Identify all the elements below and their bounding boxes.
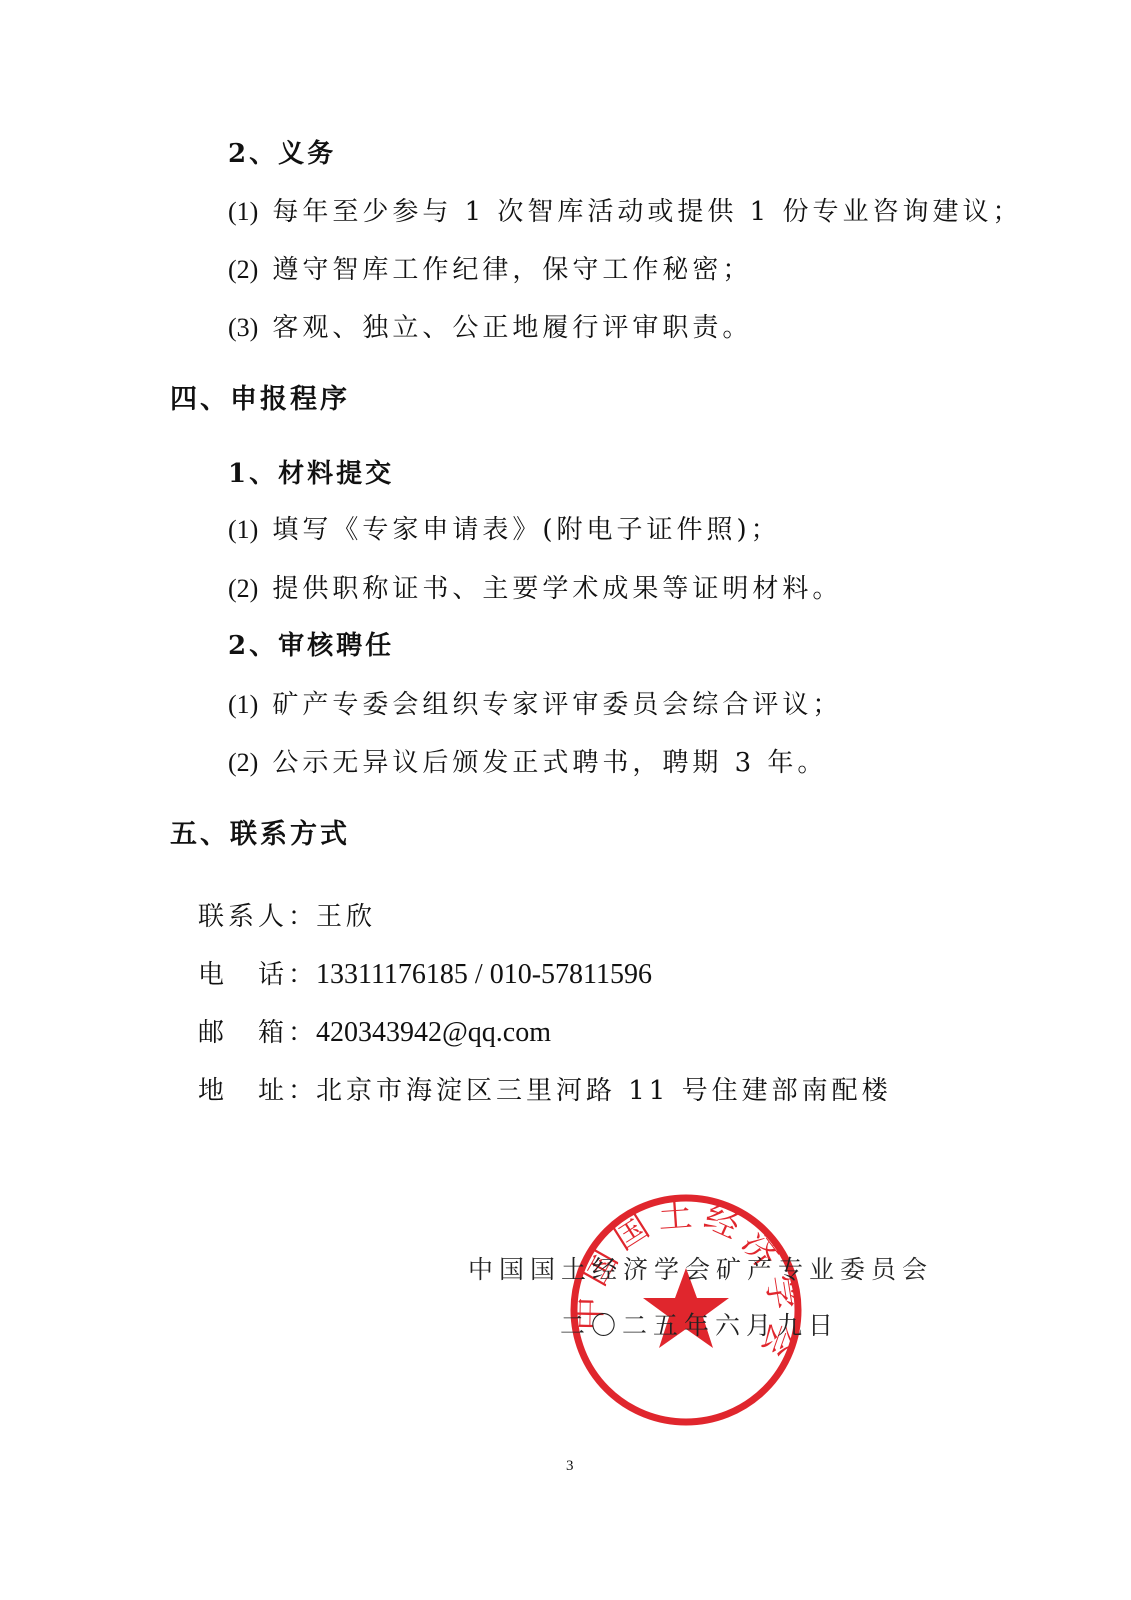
review-item: (1)矿产专委会组织专家评审委员会综合评议；	[228, 689, 842, 721]
contact-address: 地 址：北京市海淀区三里河路 11 号住建部南配楼	[198, 1075, 892, 1107]
signing-date: 二〇二五年六月九日	[560, 1306, 839, 1342]
obligation-item: (3)客观、独立、公正地履行评审职责。	[228, 312, 752, 344]
obligation-item: (2)遵守智库工作纪律，保守工作秘密；	[228, 254, 752, 286]
section4-heading: 四、申报程序	[170, 384, 350, 416]
document-page: 2、义务 (1)每年至少参与 1 次智库活动或提供 1 份专业咨询建议； (2)…	[0, 0, 1131, 1600]
materials-item: (1)填写《专家申请表》(附电子证件照)；	[228, 514, 781, 546]
materials-heading: 1、材料提交	[228, 458, 394, 490]
obligation-item: (1)每年至少参与 1 次智库活动或提供 1 份专业咨询建议；	[228, 196, 1022, 228]
signing-organization: 中国国土经济学会矿产专业委员会	[468, 1250, 933, 1286]
contact-phone: 电 话：13311176185 / 010-57811596	[198, 959, 652, 991]
contact-email: 邮 箱：420343942@qq.com	[198, 1017, 551, 1049]
page-number: 3	[566, 1458, 574, 1475]
review-item: (2)公示无异议后颁发正式聘书，聘期 3 年。	[228, 747, 827, 779]
review-heading: 2、审核聘任	[228, 630, 394, 662]
materials-item: (2)提供职称证书、主要学术成果等证明材料。	[228, 573, 842, 605]
obligations-heading: 2、义务	[228, 138, 336, 170]
contact-person: 联系人：王欣	[198, 901, 376, 933]
section5-heading: 五、联系方式	[170, 819, 350, 851]
